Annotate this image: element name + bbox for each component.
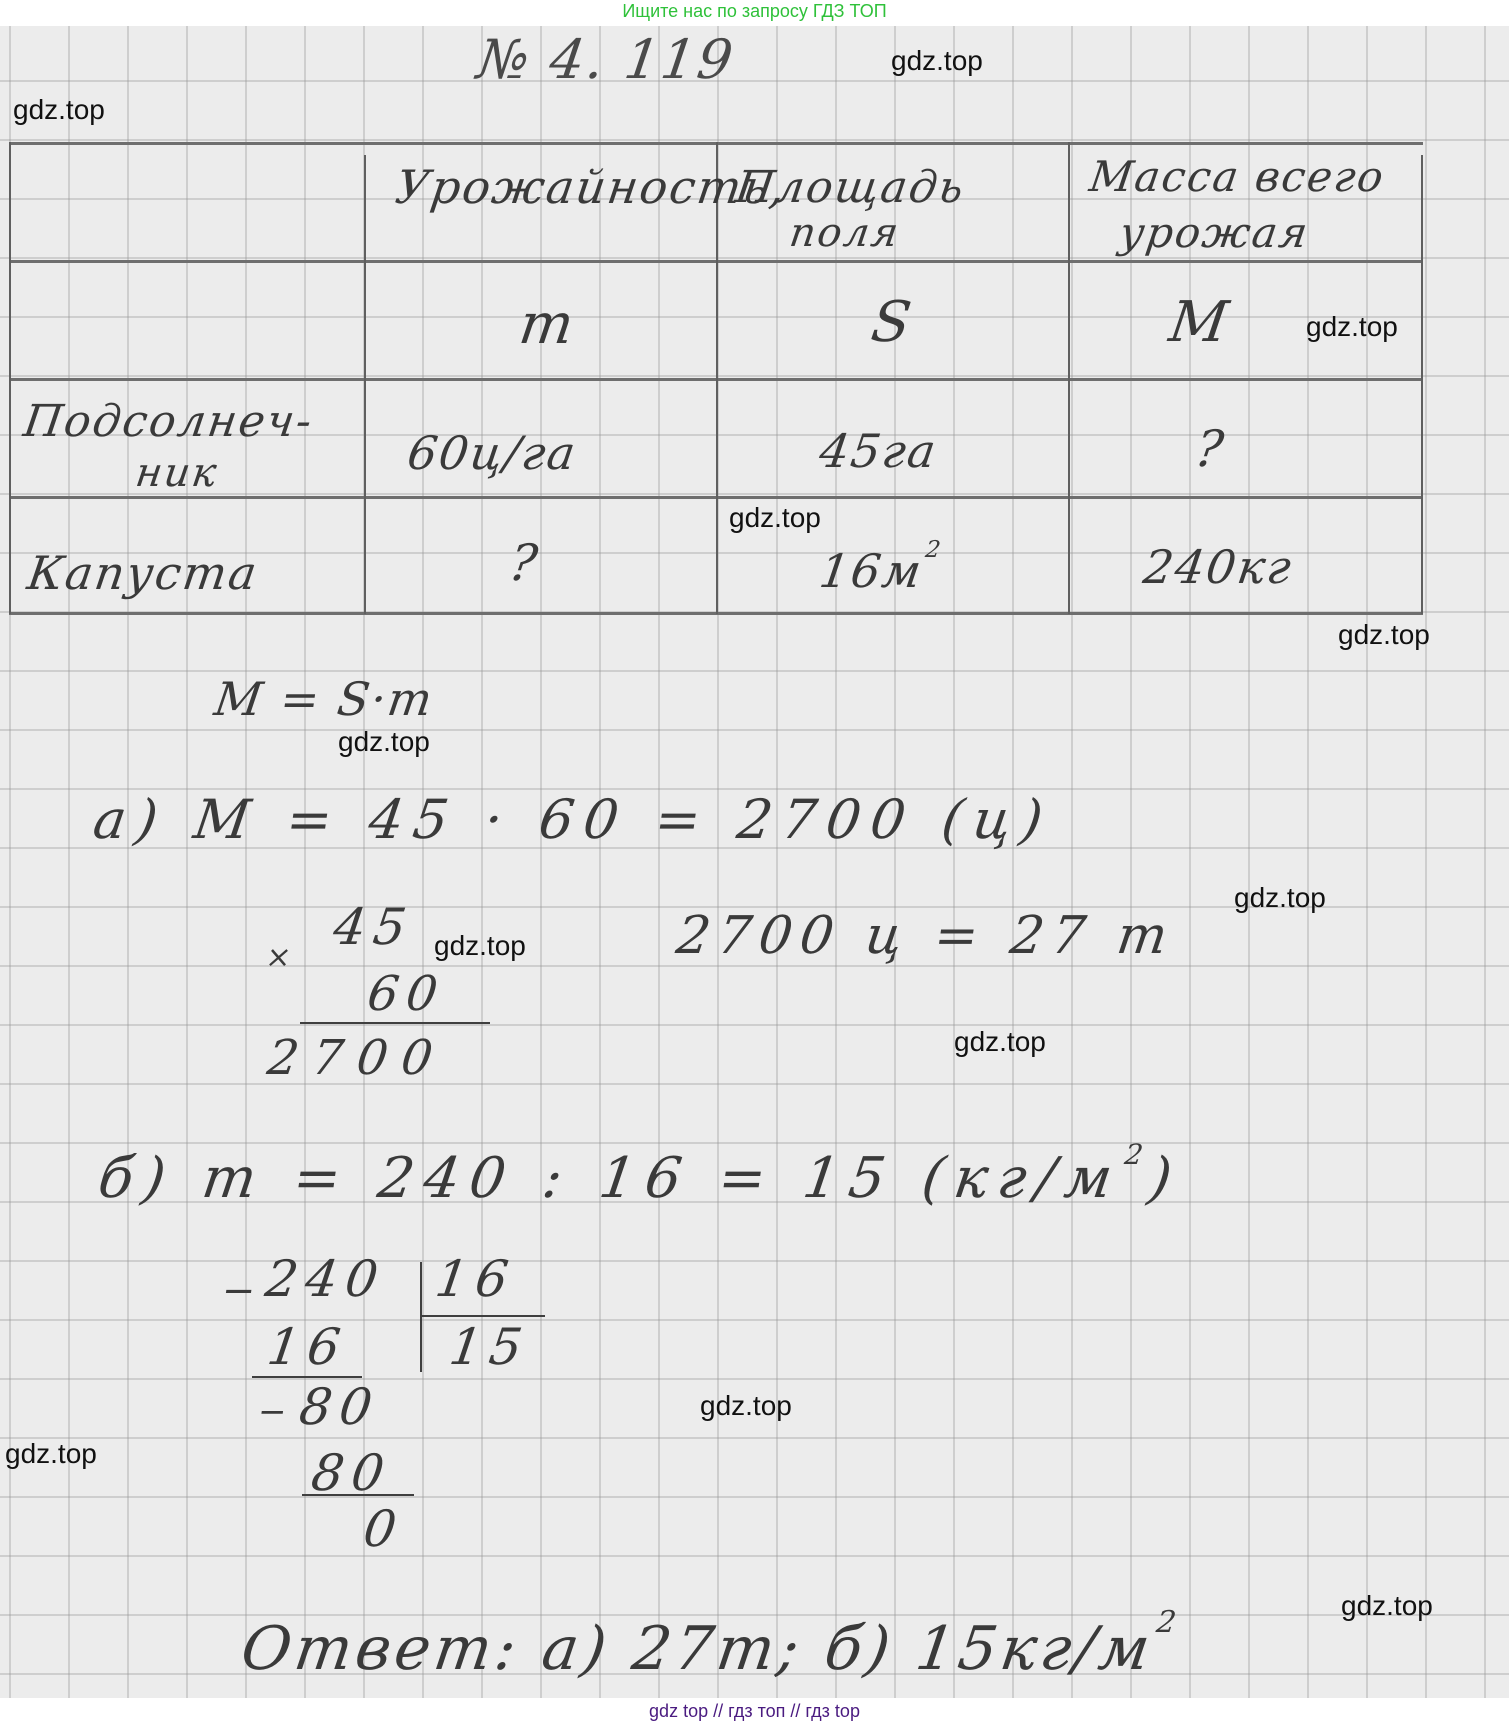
cell-sunflower-yield: 60ц/га [404, 426, 580, 480]
symbol-yield: m [515, 292, 579, 357]
row-label-sunflower-line2: ник [133, 450, 221, 496]
mult-factor-a: 45 [330, 898, 418, 956]
formula: M = S·m [211, 672, 437, 726]
watermark: gdz.top [13, 94, 105, 126]
division-step1-sub: 16 [264, 1318, 352, 1376]
problem-number: № 4. 119 [474, 28, 739, 91]
division-step1-rem: 80 [296, 1378, 384, 1436]
table-border [9, 142, 11, 614]
cell-cabbage-area: 16м2 [816, 544, 943, 598]
table-border [1068, 142, 1070, 614]
watermark: gdz.top [954, 1026, 1046, 1058]
watermark: gdz.top [1338, 619, 1430, 651]
area-value: 16м [816, 544, 926, 598]
header-yield: Урожайность, [392, 160, 790, 214]
division-quotient: 15 [446, 1318, 534, 1376]
watermark: gdz.top [5, 1438, 97, 1470]
mult-result: 2700 [264, 1030, 450, 1086]
mult-underline [300, 1022, 490, 1024]
division-minus-1: − [219, 1268, 261, 1314]
table-border [1421, 155, 1423, 614]
cell-cabbage-mass: 240кг [1140, 540, 1296, 594]
division-dividend: 240 [262, 1250, 390, 1308]
unit-conversion: 2700 ц = 27 т [673, 906, 1179, 966]
row-label-cabbage: Капуста [24, 546, 262, 600]
notebook-page [0, 26, 1509, 1698]
watermark: gdz.top [1234, 882, 1326, 914]
header-mass-line1: Масса всего [1087, 152, 1389, 201]
cell-sunflower-area: 45га [816, 424, 941, 478]
divisor-underline [420, 1315, 545, 1317]
part-b-equation: б) m = 240 : 16 = 15 (кг/м2) [94, 1146, 1185, 1211]
header-mass-line2: урожая [1117, 208, 1313, 257]
part-b-main: б) m = 240 : 16 = 15 (кг/м [94, 1146, 1126, 1211]
mult-factor-b: 60 [364, 966, 449, 1022]
footer-links[interactable]: gdz top // гдз топ // гдз top [0, 1698, 1509, 1725]
mult-sign: × [264, 940, 296, 975]
watermark: gdz.top [338, 726, 430, 758]
division-divisor: 16 [432, 1250, 520, 1308]
answer-text: Ответ: а) 27т; б) 15кг/м [237, 1614, 1158, 1684]
part-a-equation: а) M = 45 · 60 = 2700 (ц) [90, 788, 1057, 851]
watermark: gdz.top [434, 930, 526, 962]
division-minus-2: − [255, 1392, 291, 1432]
step2-underline [302, 1494, 414, 1496]
watermark: gdz.top [1341, 1590, 1433, 1622]
row-label-sunflower-line1: Подсолнеч- [20, 396, 316, 447]
header-area-line2: поля [787, 210, 903, 256]
table-border [364, 155, 366, 614]
answer-power: 2 [1154, 1605, 1182, 1640]
part-b-power: 2 [1123, 1138, 1155, 1171]
symbol-mass: M [1165, 290, 1233, 355]
answer: Ответ: а) 27т; б) 15кг/м2 [237, 1614, 1181, 1684]
watermark: gdz.top [891, 45, 983, 77]
division-bar [420, 1262, 422, 1372]
watermark: gdz.top [1306, 311, 1398, 343]
watermark: gdz.top [729, 502, 821, 534]
search-banner[interactable]: Ищите нас по запросу ГДЗ ТОП [0, 0, 1509, 26]
header-area-line1: Площадь [732, 162, 968, 213]
watermark: gdz.top [700, 1390, 792, 1422]
